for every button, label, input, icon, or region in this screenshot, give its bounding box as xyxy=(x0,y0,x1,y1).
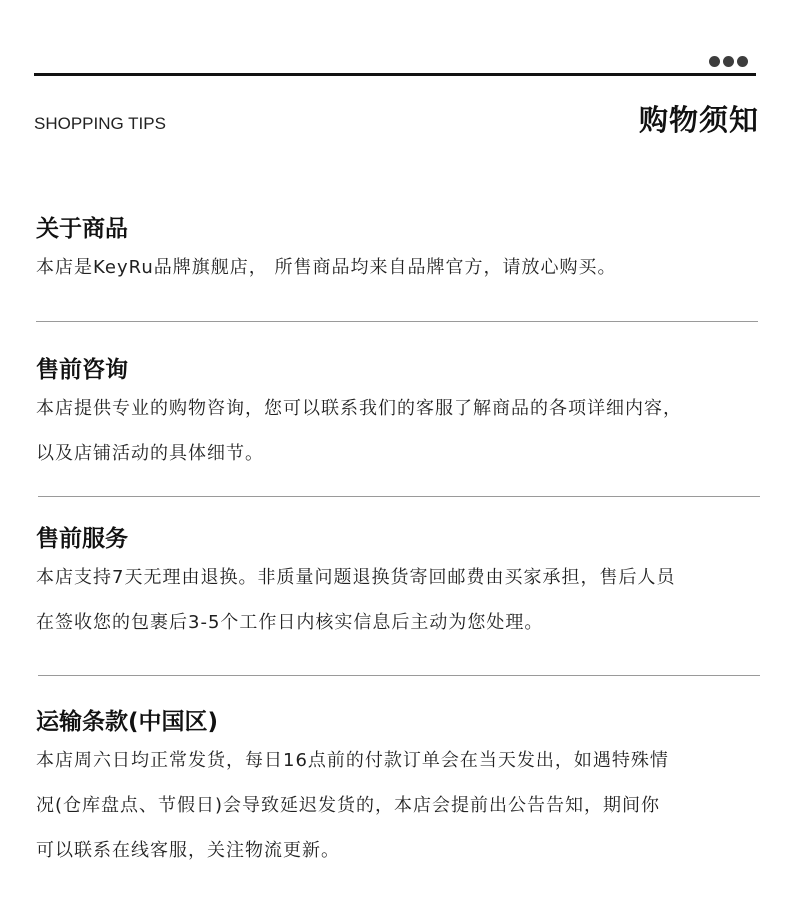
body-line: 本店周六日均正常发货，每日16点前的付款订单会在当天发出，如遇特殊情 xyxy=(36,751,669,796)
divider xyxy=(36,321,758,322)
body-line: 本店提供专业的购物咨询，您可以联系我们的客服了解商品的各项详细内容， xyxy=(36,399,682,444)
dot xyxy=(737,56,748,67)
divider xyxy=(38,496,760,497)
header-rule xyxy=(34,73,756,76)
section-title: 关于商品 xyxy=(36,214,616,244)
section-title: 售前服务 xyxy=(36,524,675,554)
header-subtitle: SHOPPING TIPS xyxy=(34,114,166,134)
section-body: 本店提供专业的购物咨询，您可以联系我们的客服了解商品的各项详细内容， 以及店铺活… xyxy=(36,399,682,489)
page-title: 购物须知 xyxy=(639,98,759,139)
body-line: 以及店铺活动的具体细节。 xyxy=(36,444,682,489)
body-line: 本店支持7天无理由退换。非质量问题退换货寄回邮费由买家承担，售后人员 xyxy=(36,568,675,613)
section-title: 售前咨询 xyxy=(36,355,682,385)
body-line: 可以联系在线客服，关注物流更新。 xyxy=(36,841,669,886)
section-presale-consult: 售前咨询 本店提供专业的购物咨询，您可以联系我们的客服了解商品的各项详细内容， … xyxy=(36,355,682,489)
section-body: 本店是KeyRu品牌旗舰店， 所售商品均来自品牌官方，请放心购买。 xyxy=(36,258,616,303)
body-line: 在签收您的包裹后3-5个工作日内核实信息后主动为您处理。 xyxy=(36,613,675,658)
body-line: 况(仓库盘点、节假日)会导致延迟发货的，本店会提前出公告告知，期间你 xyxy=(36,796,669,841)
dot xyxy=(723,56,734,67)
body-line: 本店是KeyRu品牌旗舰店， 所售商品均来自品牌官方，请放心购买。 xyxy=(36,258,616,303)
dot xyxy=(709,56,720,67)
section-body: 本店周六日均正常发货，每日16点前的付款订单会在当天发出，如遇特殊情 况(仓库盘… xyxy=(36,751,669,886)
section-body: 本店支持7天无理由退换。非质量问题退换货寄回邮费由买家承担，售后人员 在签收您的… xyxy=(36,568,675,658)
section-shipping-terms: 运输条款(中国区) 本店周六日均正常发货，每日16点前的付款订单会在当天发出，如… xyxy=(36,707,669,886)
section-title: 运输条款(中国区) xyxy=(36,707,669,737)
more-dots-icon xyxy=(709,56,748,67)
section-presale-service: 售前服务 本店支持7天无理由退换。非质量问题退换货寄回邮费由买家承担，售后人员 … xyxy=(36,524,675,658)
section-about-product: 关于商品 本店是KeyRu品牌旗舰店， 所售商品均来自品牌官方，请放心购买。 xyxy=(36,214,616,303)
divider xyxy=(38,675,760,676)
